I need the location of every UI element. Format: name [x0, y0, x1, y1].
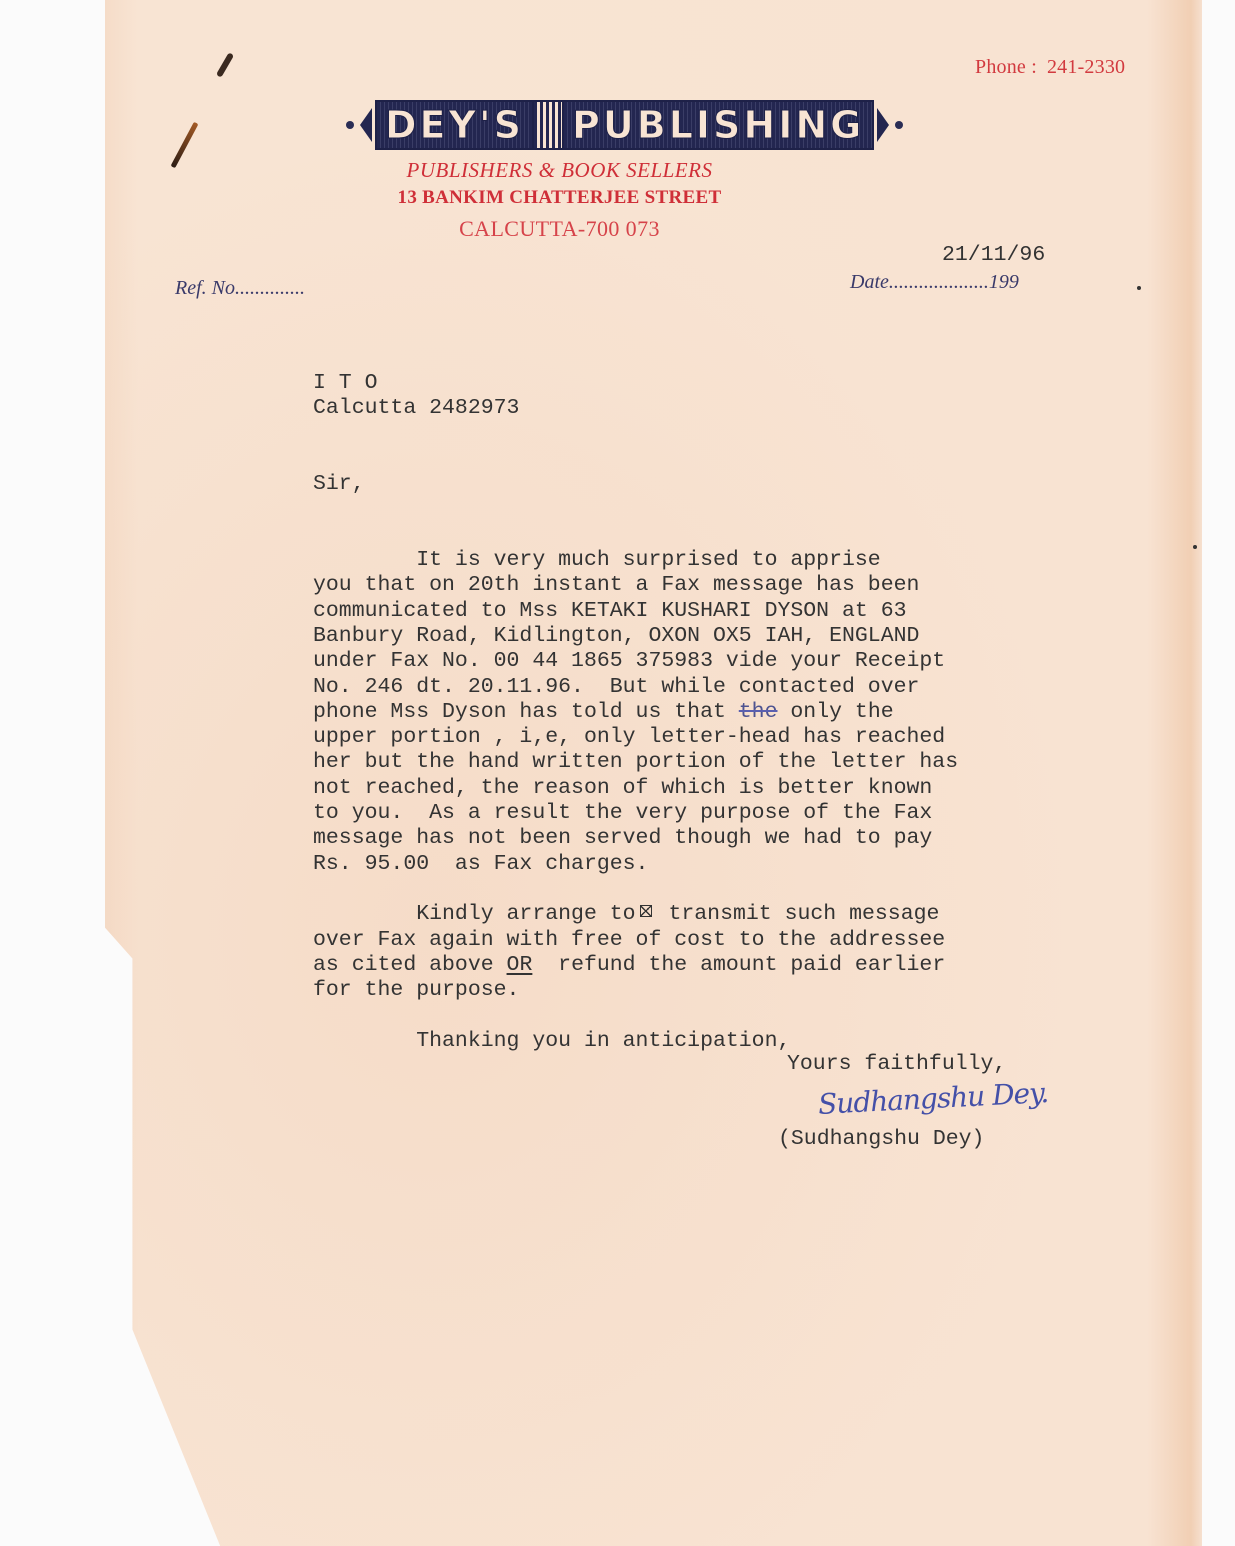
- letter-body: I T O Calcutta 2482973 Sir, It is very m…: [313, 371, 958, 1054]
- speck: [1137, 286, 1141, 290]
- logo-arrow-right-icon: [877, 108, 889, 142]
- paragraph-line: Kindly arrange to transmit such message: [313, 902, 939, 926]
- thanks-line: Thanking you in anticipation,: [313, 1029, 790, 1053]
- struck-word: the: [739, 700, 778, 724]
- salutation: Sir,: [313, 472, 365, 496]
- logo-dot-left-icon: [346, 121, 354, 129]
- typed-overstrike-mark-icon: [640, 905, 652, 917]
- paragraph-line: Banbury Road, Kidlington, OXON OX5 IAH, …: [313, 624, 919, 648]
- paragraph-line: not reached, the reason of which is bett…: [313, 776, 932, 800]
- phone-line: Phone :241-2330: [975, 56, 1125, 79]
- recipient-line: Calcutta 2482973: [313, 396, 519, 420]
- signatory-name: (Sudhangshu Dey): [778, 1127, 984, 1151]
- company-address-street: 13 BANKIM CHATTERJEE STREET: [0, 187, 1177, 209]
- logo-dot-right-icon: [895, 121, 903, 129]
- logo-arrow-left-icon: [360, 108, 372, 142]
- paragraph-line: you that on 20th instant a Fax message h…: [313, 573, 919, 597]
- paragraph-line: her but the hand written portion of the …: [313, 750, 958, 774]
- paragraph-line: for the purpose.: [313, 978, 519, 1002]
- logo-divider: [534, 100, 562, 150]
- paragraph-line: as cited above OR refund the amount paid…: [313, 953, 945, 977]
- company-address-city: CALCUTTA-700 073: [0, 216, 1177, 242]
- company-logo: DEY'S PUBLISHING: [340, 100, 909, 150]
- paragraph-line: over Fax again with free of cost to the …: [313, 928, 945, 952]
- logo-word-1: DEY'S: [375, 100, 534, 150]
- speck: [1193, 545, 1197, 549]
- paragraph-line: to you. As a result the very purpose of …: [313, 801, 932, 825]
- paragraph-line: phone Mss Dyson has told us that the onl…: [313, 700, 894, 724]
- paragraph-line: upper portion , i,e, only letter-head ha…: [313, 725, 945, 749]
- ref-no-label: Ref. No..............: [175, 277, 305, 300]
- phone-number: 241-2330: [1047, 56, 1125, 78]
- company-tagline: PUBLISHERS & BOOK SELLERS: [0, 158, 1177, 183]
- paragraph-line: No. 246 dt. 20.11.96. But while contacte…: [313, 675, 919, 699]
- date-label: Date....................199: [850, 271, 1019, 294]
- letter-date: 21/11/96: [942, 243, 1045, 267]
- closing: Yours faithfully,: [787, 1052, 1006, 1076]
- underlined-word: OR: [507, 953, 533, 977]
- phone-label: Phone :: [975, 56, 1037, 78]
- paragraph-line: under Fax No. 00 44 1865 375983 vide you…: [313, 649, 945, 673]
- paragraph-line: message has not been served though we ha…: [313, 826, 932, 850]
- paragraph-line: Rs. 95.00 as Fax charges.: [313, 852, 648, 876]
- paragraph-line: It is very much surprised to apprise: [313, 548, 881, 572]
- recipient-line: I T O: [313, 371, 378, 395]
- paragraph-line: communicated to Mss KETAKI KUSHARI DYSON…: [313, 599, 907, 623]
- logo-word-2: PUBLISHING: [562, 100, 874, 150]
